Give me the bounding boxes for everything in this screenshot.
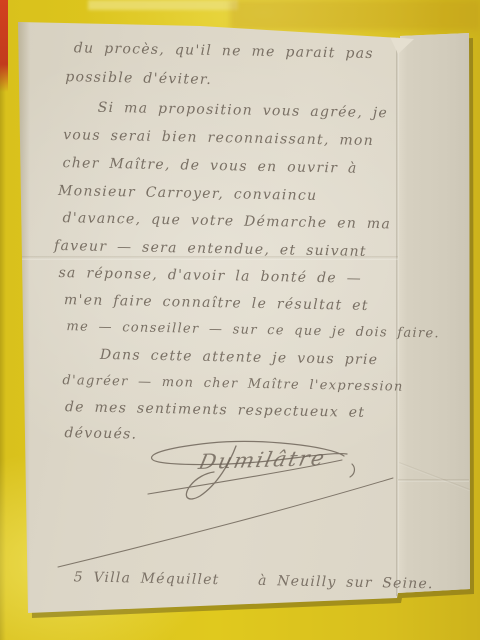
letter-paper: du procès, qu'il ne me parait pas possib…: [0, 0, 480, 640]
red-border-edge: [0, 0, 8, 92]
letter-line: de mes sentiments respectueux et: [65, 399, 366, 421]
letter-line: d'agréer — mon cher Maître l'expression: [62, 373, 404, 395]
letter-line: dévoués.: [64, 425, 137, 442]
letter-line: faveur — sera entendue, et suivant: [54, 238, 367, 260]
letter-line: d'avance, que votre Démarche en ma: [62, 210, 391, 232]
letter-line: sa réponse, d'avoir la bonté de —: [58, 265, 362, 287]
background-ochre-patch: [230, 0, 480, 30]
letter-line: Si ma proposition vous agrée, je: [98, 100, 389, 122]
letter-line: du procès, qu'il ne me parait pas: [74, 40, 374, 62]
letter-line: Monsieur Carroyer, convaincu: [58, 183, 318, 204]
background-light-patch: [88, 0, 238, 10]
address-line: 5 Villa Méquillet à Neuilly sur Seine.: [74, 569, 434, 592]
letter-line: m'en faire connaître le résultat et: [64, 292, 369, 314]
letter-line: cher Maître, de vous en ouvrir à: [62, 155, 357, 177]
handwritten-text-block: du procès, qu'il ne me parait pas possib…: [0, 0, 480, 640]
photo-frame: du procès, qu'il ne me parait pas possib…: [0, 0, 480, 640]
signature-text: Dumilâtre: [197, 446, 329, 474]
letter-line: Dans cette attente je vous prie: [100, 347, 379, 368]
letter-line: me — conseiller — sur ce que je dois fai…: [66, 319, 440, 341]
letter-line: vous serai bien reconnaissant, mon: [63, 127, 374, 149]
letter-line: possible d'éviter.: [65, 69, 212, 88]
